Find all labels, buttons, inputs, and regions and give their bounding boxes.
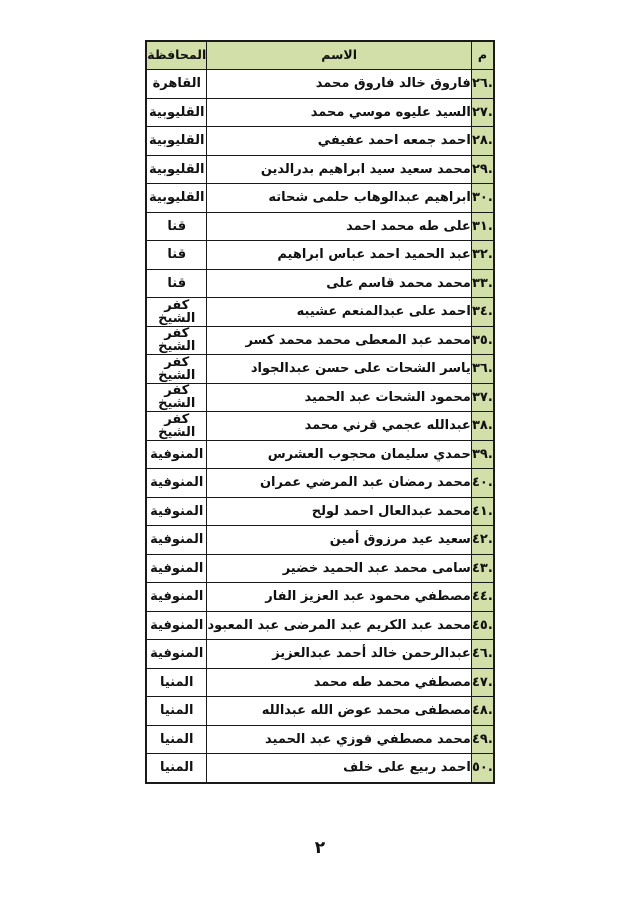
row-name: على طه محمد احمد bbox=[207, 212, 471, 241]
row-index: .٤٧ bbox=[471, 668, 494, 697]
table-row: .٤٤مصطفي محمود عبد العزيز الفارالمنوفية bbox=[146, 583, 494, 612]
row-index: .٣٣ bbox=[471, 269, 494, 298]
table-row: .٤٥محمد عبد الكريم عبد المرضى عبد المعبو… bbox=[146, 611, 494, 640]
row-index: .٣٥ bbox=[471, 326, 494, 355]
row-name: عبد الحميد احمد عباس ابراهيم bbox=[207, 241, 471, 270]
row-governorate: المنوفية bbox=[146, 469, 207, 498]
row-name: حمدي سليمان محجوب العشرس bbox=[207, 440, 471, 469]
row-name: محمد عبد المعطى محمد محمد كسر bbox=[207, 326, 471, 355]
roster-table: م الاسم المحافظة .٢٦فاروق خالد فاروق محم… bbox=[145, 40, 495, 784]
table-row: .٢٨احمد جمعه احمد عفيفيالقليوبية bbox=[146, 127, 494, 156]
row-index: .٣٦ bbox=[471, 355, 494, 384]
row-name: محمد عبدالعال احمد لولح bbox=[207, 497, 471, 526]
row-governorate: كفر الشيخ bbox=[146, 326, 207, 355]
table-row: .٣٩حمدي سليمان محجوب العشرسالمنوفية bbox=[146, 440, 494, 469]
row-index: .٤٣ bbox=[471, 554, 494, 583]
row-governorate: المنيا bbox=[146, 725, 207, 754]
table-row: .٥٠احمد ربيع على خلفالمنيا bbox=[146, 754, 494, 783]
table-row: .٤٦عبدالرحمن خالد أحمد عبدالعزيزالمنوفية bbox=[146, 640, 494, 669]
row-index: .٢٨ bbox=[471, 127, 494, 156]
table-row: .٤٠محمد رمضان عبد المرضي عمرانالمنوفية bbox=[146, 469, 494, 498]
table-row: .٣٨عبدالله عجمي قرني محمدكفر الشيخ bbox=[146, 412, 494, 441]
header-index: م bbox=[471, 41, 494, 70]
row-index: .٥٠ bbox=[471, 754, 494, 783]
row-name: محمد محمد قاسم على bbox=[207, 269, 471, 298]
row-name: احمد ربيع على خلف bbox=[207, 754, 471, 783]
table-row: .٣٥محمد عبد المعطى محمد محمد كسركفر الشي… bbox=[146, 326, 494, 355]
row-name: محمد سعيد سيد ابراهيم بدرالدين bbox=[207, 155, 471, 184]
row-index: .٤٠ bbox=[471, 469, 494, 498]
row-name: محمد مصطفي فوزي عبد الحميد bbox=[207, 725, 471, 754]
row-governorate: المنوفية bbox=[146, 583, 207, 612]
row-index: .٤٦ bbox=[471, 640, 494, 669]
table-header-row: م الاسم المحافظة bbox=[146, 41, 494, 70]
row-name: فاروق خالد فاروق محمد bbox=[207, 70, 471, 99]
row-governorate: القليوبية bbox=[146, 98, 207, 127]
row-name: سعيد عيد مرزوق أمين bbox=[207, 526, 471, 555]
row-index: .٤١ bbox=[471, 497, 494, 526]
table-row: .٢٦فاروق خالد فاروق محمدالقاهرة bbox=[146, 70, 494, 99]
row-name: محمود الشحات عبد الحميد bbox=[207, 383, 471, 412]
row-governorate: المنوفية bbox=[146, 526, 207, 555]
page-number: ٢ bbox=[0, 838, 640, 858]
table-row: .٤٨مصطفى محمد عوض الله عبداللهالمنيا bbox=[146, 697, 494, 726]
table-body: .٢٦فاروق خالد فاروق محمدالقاهرة.٢٧السيد … bbox=[146, 70, 494, 783]
row-governorate: كفر الشيخ bbox=[146, 383, 207, 412]
row-index: .٣١ bbox=[471, 212, 494, 241]
row-index: .٣٢ bbox=[471, 241, 494, 270]
row-governorate: المنوفية bbox=[146, 440, 207, 469]
row-name: السيد عليوه موسي محمد bbox=[207, 98, 471, 127]
row-index: .٣٩ bbox=[471, 440, 494, 469]
table-row: .٣٤احمد على عبدالمنعم عشيبهكفر الشيخ bbox=[146, 298, 494, 327]
table-row: .٣٧محمود الشحات عبد الحميدكفر الشيخ bbox=[146, 383, 494, 412]
row-name: مصطفى محمد عوض الله عبدالله bbox=[207, 697, 471, 726]
table-row: .٤٧مصطفي محمد طه محمدالمنيا bbox=[146, 668, 494, 697]
table-row: .٢٩محمد سعيد سيد ابراهيم بدرالدينالقليوب… bbox=[146, 155, 494, 184]
table-row: .٣١على طه محمد احمدقنا bbox=[146, 212, 494, 241]
row-index: .٤٩ bbox=[471, 725, 494, 754]
table-row: .٣٦ياسر الشحات على حسن عبدالجوادكفر الشي… bbox=[146, 355, 494, 384]
row-index: .٢٩ bbox=[471, 155, 494, 184]
table-row: .٣٢عبد الحميد احمد عباس ابراهيمقنا bbox=[146, 241, 494, 270]
row-governorate: قنا bbox=[146, 212, 207, 241]
row-governorate: القليوبية bbox=[146, 127, 207, 156]
header-name: الاسم bbox=[207, 41, 471, 70]
header-governorate: المحافظة bbox=[146, 41, 207, 70]
table-row: .٣٠ابراهيم عبدالوهاب حلمى شحاتهالقليوبية bbox=[146, 184, 494, 213]
table-row: .٤١محمد عبدالعال احمد لولحالمنوفية bbox=[146, 497, 494, 526]
table-row: .٢٧السيد عليوه موسي محمدالقليوبية bbox=[146, 98, 494, 127]
document-page: م الاسم المحافظة .٢٦فاروق خالد فاروق محم… bbox=[0, 0, 640, 905]
table-row: .٤٩محمد مصطفي فوزي عبد الحميدالمنيا bbox=[146, 725, 494, 754]
row-index: .٢٧ bbox=[471, 98, 494, 127]
row-index: .٣٠ bbox=[471, 184, 494, 213]
row-name: عبدالله عجمي قرني محمد bbox=[207, 412, 471, 441]
row-index: .٤٤ bbox=[471, 583, 494, 612]
row-name: مصطفي محمود عبد العزيز الفار bbox=[207, 583, 471, 612]
row-index: .٤٢ bbox=[471, 526, 494, 555]
row-index: .٤٨ bbox=[471, 697, 494, 726]
row-name: ابراهيم عبدالوهاب حلمى شحاته bbox=[207, 184, 471, 213]
row-governorate: المنوفية bbox=[146, 611, 207, 640]
row-governorate: المنوفية bbox=[146, 640, 207, 669]
row-governorate: المنيا bbox=[146, 754, 207, 783]
row-governorate: المنوفية bbox=[146, 554, 207, 583]
row-governorate: قنا bbox=[146, 241, 207, 270]
row-governorate: المنيا bbox=[146, 697, 207, 726]
table-row: .٤٢سعيد عيد مرزوق أمينالمنوفية bbox=[146, 526, 494, 555]
row-name: عبدالرحمن خالد أحمد عبدالعزيز bbox=[207, 640, 471, 669]
row-name: ياسر الشحات على حسن عبدالجواد bbox=[207, 355, 471, 384]
row-index: .٣٧ bbox=[471, 383, 494, 412]
row-governorate: قنا bbox=[146, 269, 207, 298]
row-name: احمد على عبدالمنعم عشيبه bbox=[207, 298, 471, 327]
row-name: مصطفي محمد طه محمد bbox=[207, 668, 471, 697]
row-governorate: كفر الشيخ bbox=[146, 412, 207, 441]
row-governorate: القاهرة bbox=[146, 70, 207, 99]
row-name: احمد جمعه احمد عفيفي bbox=[207, 127, 471, 156]
row-governorate: المنيا bbox=[146, 668, 207, 697]
row-name: سامى محمد عبد الحميد خضير bbox=[207, 554, 471, 583]
row-index: .٣٤ bbox=[471, 298, 494, 327]
row-index: .٤٥ bbox=[471, 611, 494, 640]
row-name: محمد عبد الكريم عبد المرضى عبد المعبود bbox=[207, 611, 471, 640]
row-index: .٢٦ bbox=[471, 70, 494, 99]
row-governorate: كفر الشيخ bbox=[146, 298, 207, 327]
table-row: .٤٣سامى محمد عبد الحميد خضيرالمنوفية bbox=[146, 554, 494, 583]
row-governorate: كفر الشيخ bbox=[146, 355, 207, 384]
row-governorate: القليوبية bbox=[146, 155, 207, 184]
row-governorate: القليوبية bbox=[146, 184, 207, 213]
row-index: .٣٨ bbox=[471, 412, 494, 441]
table-row: .٣٣محمد محمد قاسم علىقنا bbox=[146, 269, 494, 298]
row-name: محمد رمضان عبد المرضي عمران bbox=[207, 469, 471, 498]
row-governorate: المنوفية bbox=[146, 497, 207, 526]
